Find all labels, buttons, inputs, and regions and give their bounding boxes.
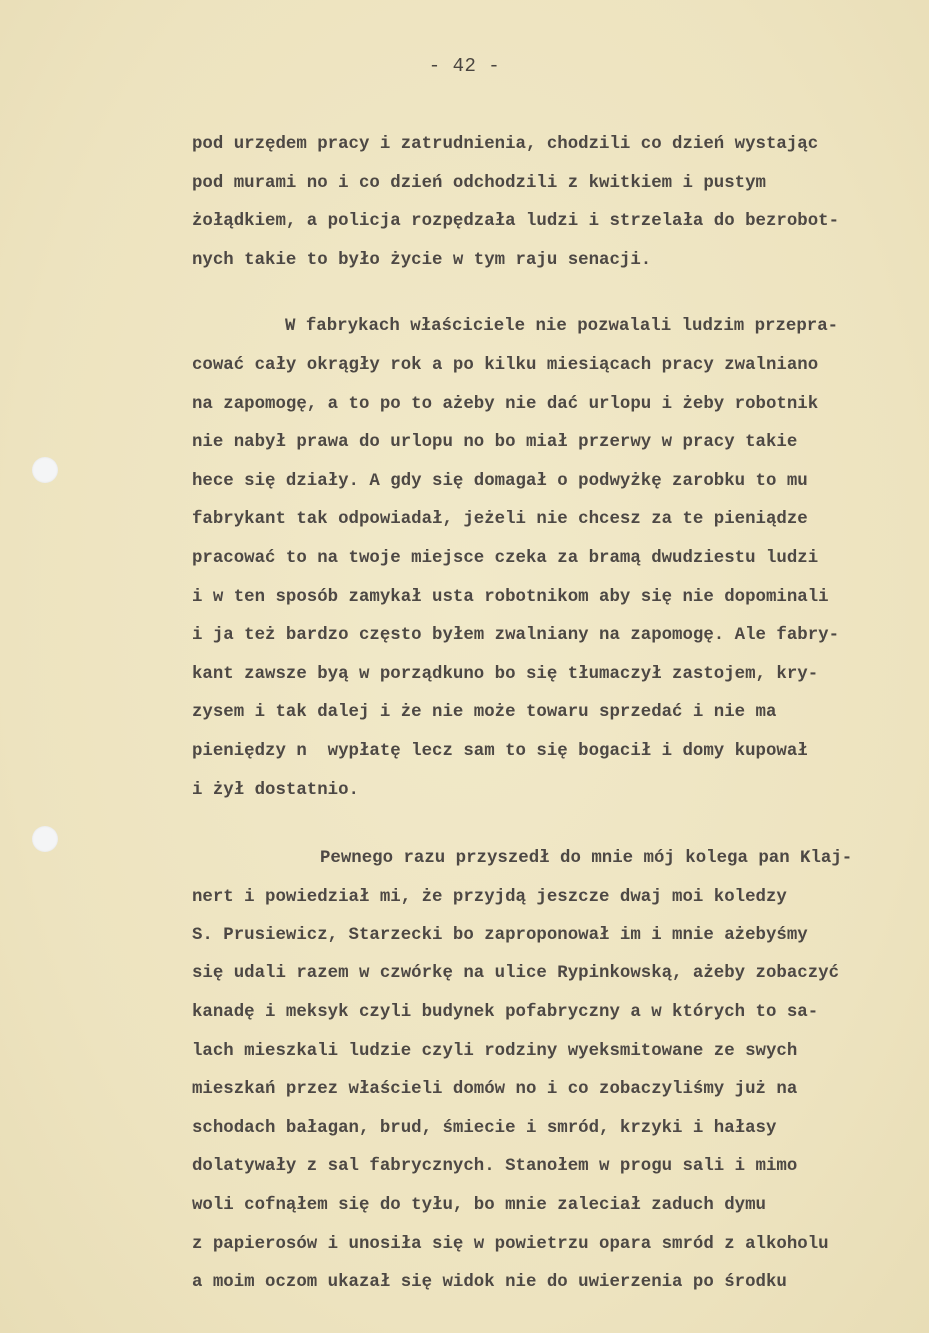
text-line: zysem i tak dalej i że nie może towaru s… bbox=[192, 702, 776, 724]
text-line: hece się działy. A gdy się domagał o pod… bbox=[192, 471, 808, 493]
text-line: nie nabył prawa do urlopu no bo miał prz… bbox=[192, 432, 797, 454]
text-line: nych takie to było życie w tym raju sena… bbox=[192, 250, 651, 272]
text-line: i ja też bardzo często byłem zwalniany n… bbox=[192, 625, 839, 647]
text-line: mieszkań przez właścieli domów no i co z… bbox=[192, 1079, 797, 1101]
text-line: S. Prusiewicz, Starzecki bo zaproponował… bbox=[192, 925, 808, 947]
text-line: W fabrykach właściciele nie pozwalali lu… bbox=[285, 316, 838, 338]
text-line: i żył dostatnio. bbox=[192, 780, 359, 802]
text-line: fabrykant tak odpowiadał, jeżeli nie chc… bbox=[192, 509, 808, 531]
text-line: się udali razem w czwórkę na ulice Rypin… bbox=[192, 963, 839, 985]
text-line: kanadę i meksyk czyli budynek pofabryczn… bbox=[192, 1002, 818, 1024]
text-line: na zapomogę, a to po to ażeby nie dać ur… bbox=[192, 394, 818, 416]
text-line: z papierosów i unosiła się w powietrzu o… bbox=[192, 1234, 829, 1256]
text-line: schodach bałagan, brud, śmiecie i smród,… bbox=[192, 1118, 776, 1140]
text-line: woli cofnąłem się do tyłu, bo mnie zalec… bbox=[192, 1195, 766, 1217]
text-line: żołądkiem, a policja rozpędzała ludzi i … bbox=[192, 211, 839, 233]
text-line: dolatywały z sal fabrycznych. Stanołem w… bbox=[192, 1156, 797, 1178]
text-line: nert i powiedział mi, że przyjdą jeszcze… bbox=[192, 887, 787, 909]
text-line: pieniędzy n wypłatę lecz sam to się boga… bbox=[192, 741, 808, 763]
text-line: lach mieszkali ludzie czyli rodziny wyek… bbox=[192, 1041, 797, 1063]
text-line: cować cały okrągły rok a po kilku miesią… bbox=[192, 355, 818, 377]
text-line: kant zawsze byą w porządkuno bo się tłum… bbox=[192, 664, 818, 686]
punch-hole bbox=[32, 826, 58, 852]
text-line: pracować to na twoje miejsce czeka za br… bbox=[192, 548, 818, 570]
punch-hole bbox=[32, 457, 58, 483]
text-line: pod urzędem pracy i zatrudnienia, chodzi… bbox=[192, 134, 818, 156]
text-line: Pewnego razu przyszedł do mnie mój koleg… bbox=[320, 848, 852, 870]
text-line: a moim oczom ukazał się widok nie do uwi… bbox=[192, 1272, 787, 1294]
page-number: - 42 - bbox=[0, 55, 929, 77]
text-line: i w ten sposób zamykał usta robotnikom a… bbox=[192, 587, 829, 609]
document-page: - 42 - pod urzędem pracy i zatrudnienia,… bbox=[0, 0, 929, 1333]
text-line: pod murami no i co dzień odchodzili z kw… bbox=[192, 173, 766, 195]
